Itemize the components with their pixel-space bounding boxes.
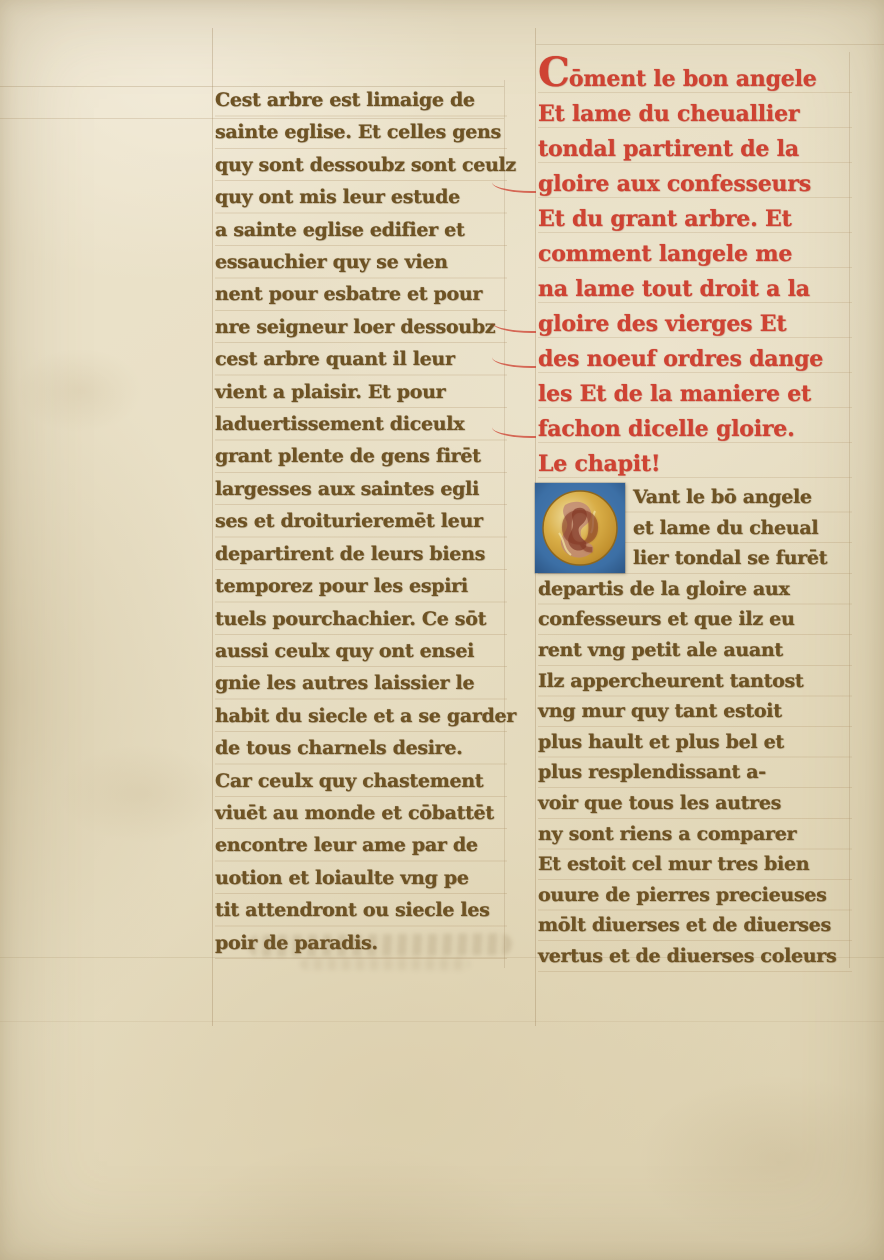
rubric-line: Le chapit! xyxy=(538,447,852,482)
initial-ornament xyxy=(535,483,625,573)
text-line: gnie les autres laissier le xyxy=(215,667,507,699)
text-line: viuēt au monde et cōbattēt xyxy=(215,797,507,829)
right-text-column: Cōment le bon angeleEt lame du cheuallie… xyxy=(538,58,852,972)
text-line: plus hault et plus bel et xyxy=(538,727,852,758)
text-line: plus resplendissant a- xyxy=(538,757,852,788)
rubric-line: na lame tout droit a la xyxy=(538,272,852,307)
ruling-line xyxy=(0,1021,884,1022)
rubric-line: tondal partirent de la xyxy=(538,132,852,167)
text-line: voir que tous les autres xyxy=(538,788,852,819)
rubric-line: les Et de la maniere et xyxy=(538,377,852,412)
text-line: nent pour esbatre et pour xyxy=(215,278,507,310)
text-line: ouure de pierres precieuses xyxy=(538,880,852,911)
initial-adjacent-lines: Vant le bō angeleet lame du cheuallier t… xyxy=(633,482,852,574)
manuscript-page: Cest arbre est limaige desainte eglise. … xyxy=(0,0,884,1260)
text-line: vertus et de diuerses coleurs xyxy=(538,941,852,972)
rubric-block: Cōment le bon angeleEt lame du cheuallie… xyxy=(538,58,852,482)
rubric-line: Et du grant arbre. Et xyxy=(538,202,852,237)
text-line: habit du siecle et a se garder xyxy=(215,700,507,732)
rubric-line: comment langele me xyxy=(538,237,852,272)
text-line: Car ceulx quy chastement xyxy=(215,765,507,797)
text-line: vient a plaisir. Et pour xyxy=(215,376,507,408)
text-line: nre seigneur loer dessoubz xyxy=(215,311,507,343)
rubric-line: Et lame du cheuallier xyxy=(538,97,852,132)
text-line: Et estoit cel mur tres bien xyxy=(538,849,852,880)
text-line: Ilz appercheurent tantost xyxy=(538,666,852,697)
text-line: quy sont dessoubz sont ceulz xyxy=(215,149,507,181)
text-line: mōlt diuerses et de diuerses xyxy=(538,910,852,941)
initial-row: Q Vant le bō angeleet lame du cheuallier… xyxy=(538,482,852,574)
text-line: tit attendront ou siecle les xyxy=(215,894,507,926)
text-line: encontre leur ame par de xyxy=(215,829,507,861)
rubric-line: des noeuf ordres dange xyxy=(538,342,852,377)
text-line: tuels pourchachier. Ce sōt xyxy=(215,603,507,635)
text-line: confesseurs et que ilz eu xyxy=(538,604,852,635)
text-line: rent vng petit ale auant xyxy=(538,635,852,666)
text-line: et lame du cheual xyxy=(633,513,852,544)
text-line: aussi ceulx quy ont ensei xyxy=(215,635,507,667)
text-line: ses et droiturieremēt leur xyxy=(215,505,507,537)
text-line: uotion et loiaulte vng pe xyxy=(215,862,507,894)
text-line: essauchier quy se vien xyxy=(215,246,507,278)
body-text-block: departis de la gloire auxconfesseurs et … xyxy=(538,574,852,972)
text-line: laduertissement diceulx xyxy=(215,408,507,440)
text-line: grant plente de gens firēt xyxy=(215,440,507,472)
show-through-text xyxy=(300,958,470,970)
text-line: vng mur quy tant estoit xyxy=(538,696,852,727)
text-line: largesses aux saintes egli xyxy=(215,473,507,505)
show-through-text xyxy=(248,933,512,957)
text-line: temporez pour les espiri xyxy=(215,570,507,602)
text-line: sainte eglise. Et celles gens xyxy=(215,116,507,148)
text-line: cest arbre quant il leur xyxy=(215,343,507,375)
text-line: quy ont mis leur estude xyxy=(215,181,507,213)
ruling-line xyxy=(536,44,884,45)
rubric-line: fachon dicelle gloire. xyxy=(538,412,852,447)
text-line: a sainte eglise edifier et xyxy=(215,214,507,246)
left-text-column: Cest arbre est limaige desainte eglise. … xyxy=(215,84,507,959)
rubric-line: gloire des vierges Et xyxy=(538,307,852,342)
text-line: ny sont riens a comparer xyxy=(538,819,852,850)
text-line: lier tondal se furēt xyxy=(633,543,852,574)
text-line: departirent de leurs biens xyxy=(215,538,507,570)
ruling-line xyxy=(212,28,213,1026)
text-line: departis de la gloire aux xyxy=(538,574,852,605)
text-line: Cest arbre est limaige de xyxy=(215,84,507,116)
rubric-line: gloire aux confesseurs xyxy=(538,167,852,202)
text-line: de tous charnels desire. xyxy=(215,732,507,764)
text-line: Vant le bō angele xyxy=(633,482,852,513)
rubric-line: Cōment le bon angele xyxy=(538,58,852,97)
illuminated-initial: Q xyxy=(535,483,625,573)
